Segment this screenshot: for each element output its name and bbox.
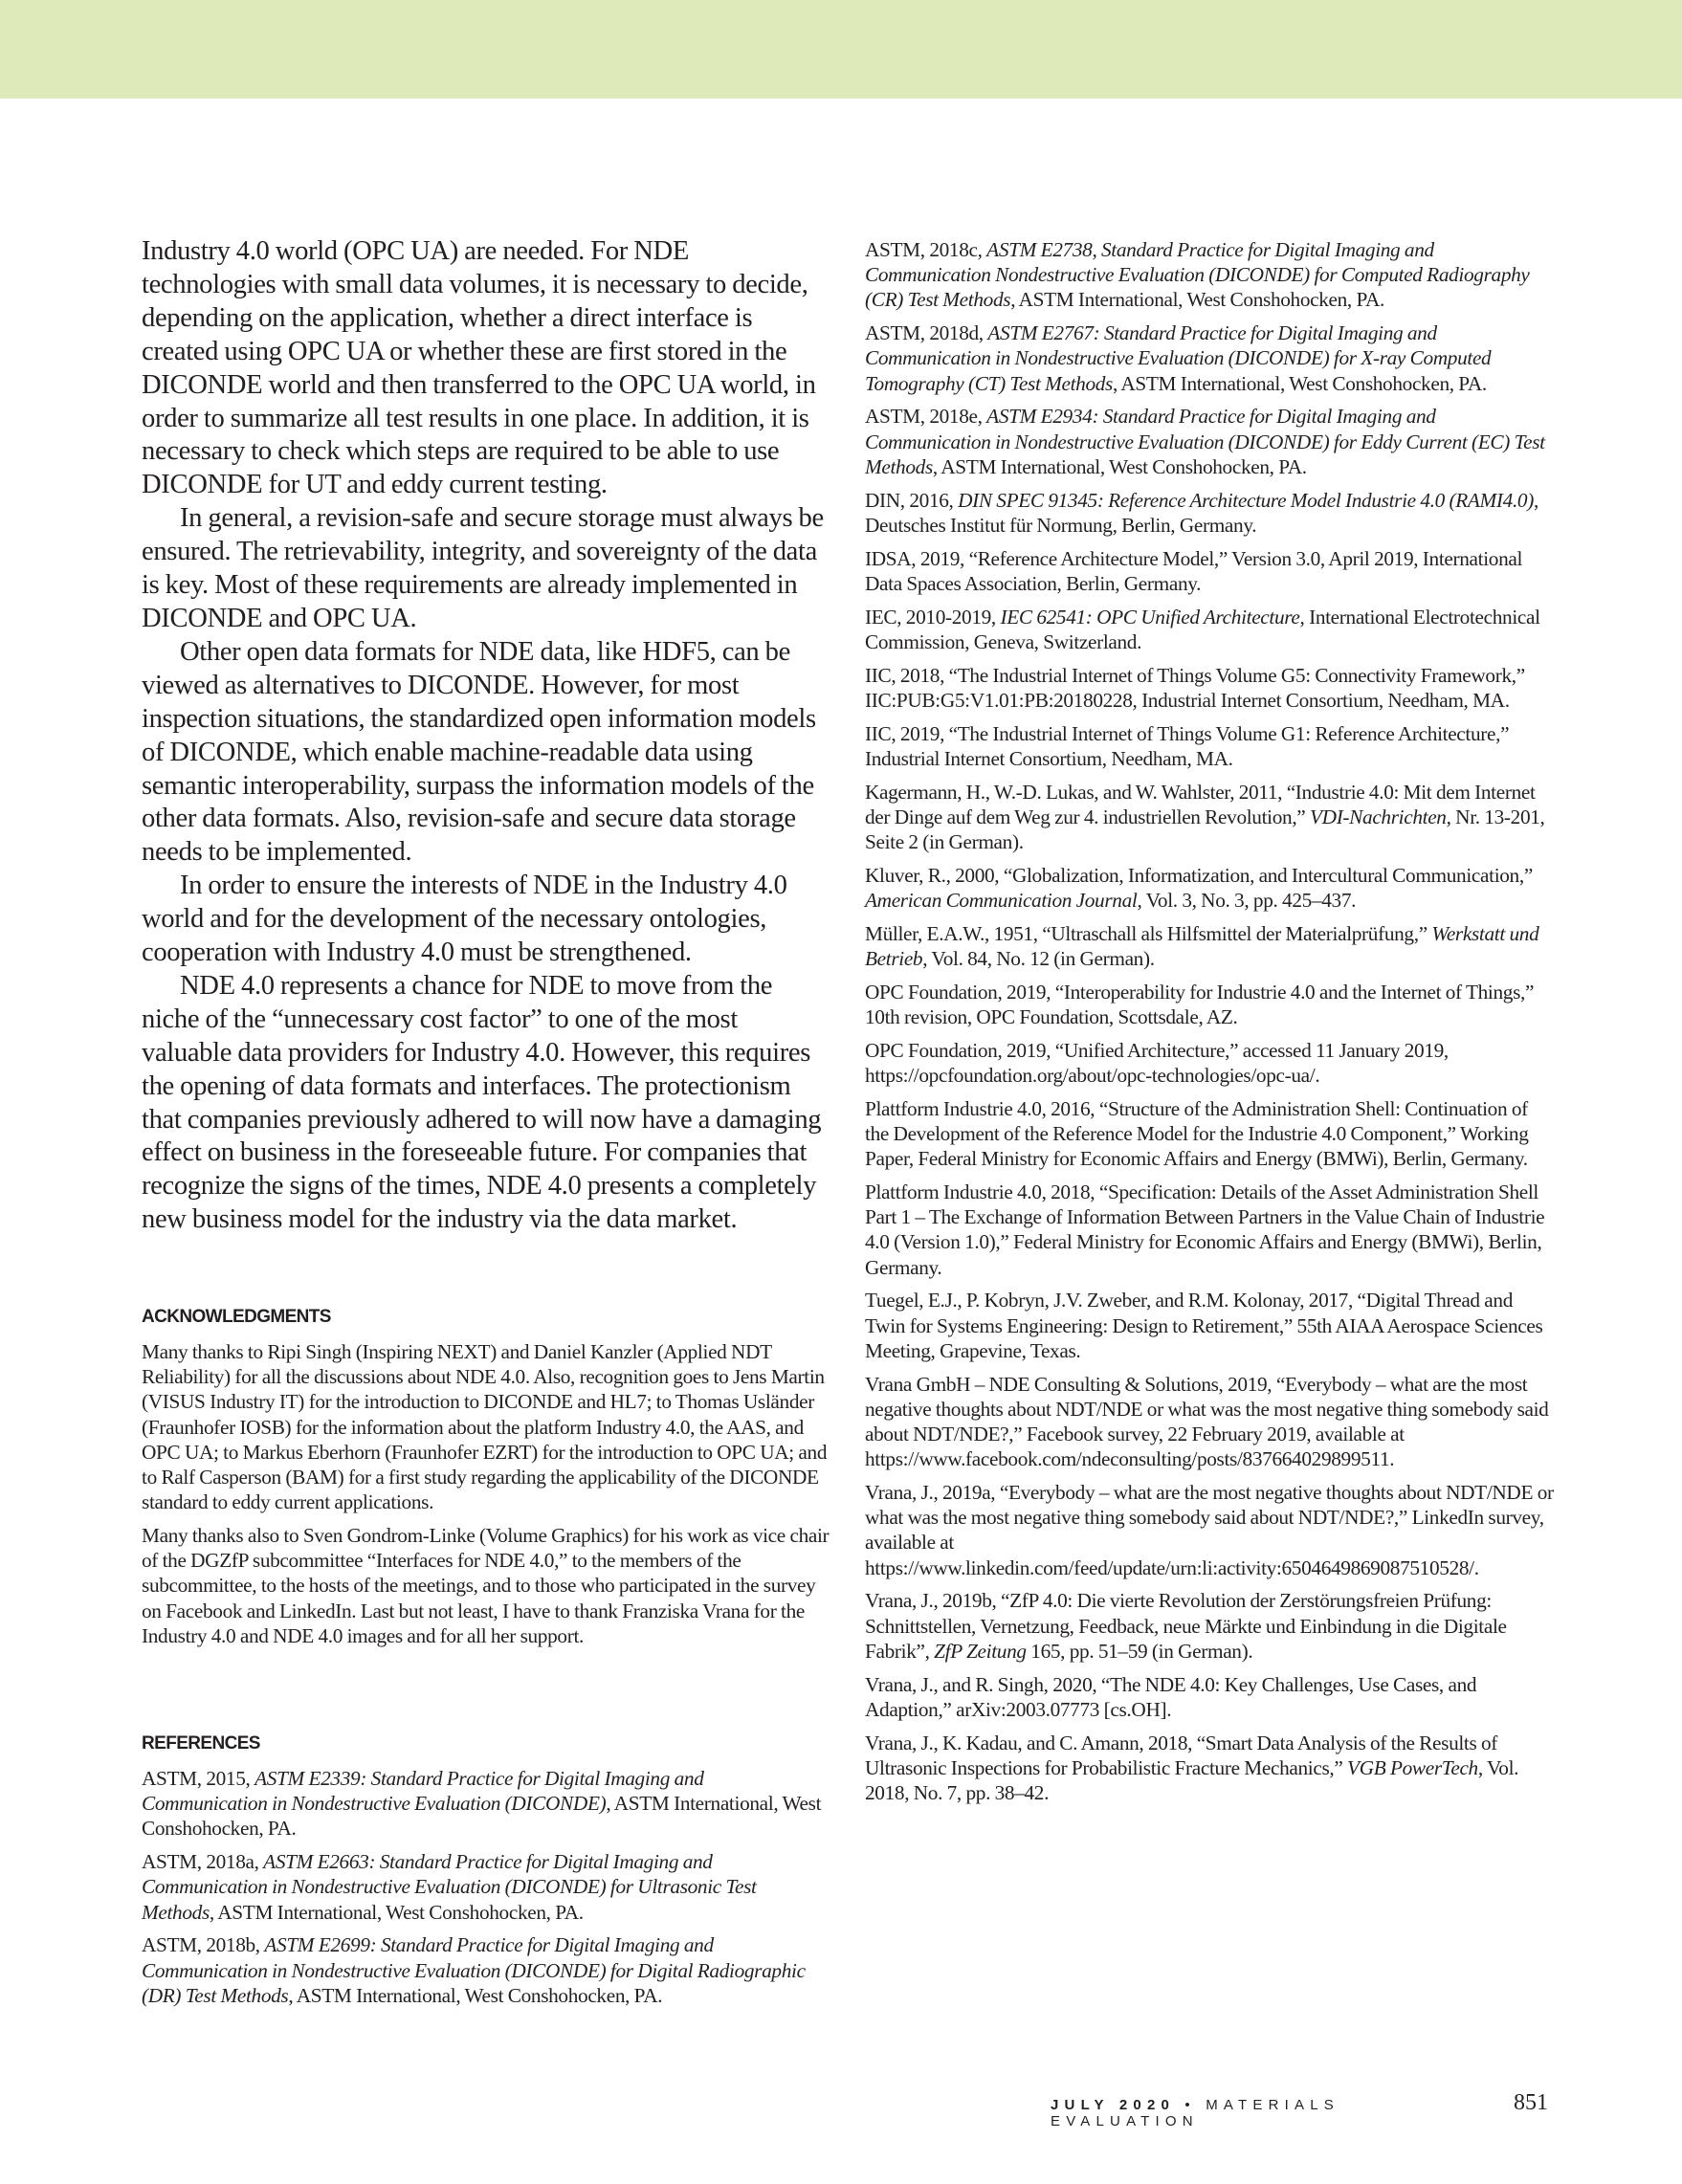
reference-entry: ASTM, 2018d, ASTM E2767: Standard Practi… xyxy=(865,320,1554,396)
reference-text: Tuegel, E.J., P. Kobryn, J.V. Zweber, an… xyxy=(865,1289,1542,1361)
reference-entry: Müller, E.A.W., 1951, “Ultraschall als H… xyxy=(865,921,1554,971)
footer-issue-date: JULY 2020 xyxy=(1051,2097,1175,2113)
reference-title: VDI-Nachrichten xyxy=(1310,805,1447,828)
page-footer: JULY 2020 • MATERIALS EVALUATION 851 xyxy=(1051,2090,1548,2129)
reference-entry: Vrana, J., 2019a, “Everybody – what are … xyxy=(865,1480,1554,1580)
reference-text: ASTM, 2015, xyxy=(142,1767,255,1790)
footer-separator: • xyxy=(1184,2097,1195,2113)
reference-entry: Vrana, J., 2019b, “ZfP 4.0: Die vierte R… xyxy=(865,1588,1554,1664)
page-number: 851 xyxy=(1514,2090,1548,2116)
body-paragraph: NDE 4.0 represents a chance for NDE to m… xyxy=(142,970,827,1237)
reference-title: American Communication Journal xyxy=(865,889,1137,912)
reference-text: Plattform Industrie 4.0, 2018, “Specific… xyxy=(865,1180,1544,1279)
body-paragraph: In general, a revision-safe and secure s… xyxy=(142,502,827,636)
reference-title: ZfP Zeitung xyxy=(934,1640,1027,1663)
reference-text: OPC Foundation, 2019, “Interoperability … xyxy=(865,981,1534,1028)
body-paragraph: Industry 4.0 world (OPC UA) are needed. … xyxy=(142,235,827,502)
reference-text: ASTM, 2018c, xyxy=(865,238,986,261)
reference-text: OPC Foundation, 2019, “Unified Architect… xyxy=(865,1039,1449,1087)
acknowledgments-heading: ACKNOWLEDGMENTS xyxy=(142,1307,331,1328)
reference-text: DIN, 2016, xyxy=(865,489,958,512)
reference-text: IDSA, 2019, “Reference Architecture Mode… xyxy=(865,547,1522,595)
reference-text: IEC, 2010-2019, xyxy=(865,606,1000,629)
reference-title: DIN SPEC 91345: Reference Architecture M… xyxy=(958,489,1534,512)
references-list-right: ASTM, 2018c, ASTM E2738, Standard Practi… xyxy=(865,237,1554,1814)
reference-text: ASTM, 2018e, xyxy=(865,405,986,428)
acknowledgment-paragraph: Many thanks to Ripi Singh (Inspiring NEX… xyxy=(142,1339,830,1514)
reference-text: Vrana, J., 2019a, “Everybody – what are … xyxy=(865,1481,1554,1579)
reference-entry: Vrana, J., K. Kadau, and C. Amann, 2018,… xyxy=(865,1731,1554,1806)
reference-entry: OPC Foundation, 2019, “Unified Architect… xyxy=(865,1038,1554,1088)
reference-text: , ASTM International, West Conshohocken,… xyxy=(1010,288,1384,311)
reference-text: ASTM, 2018a, xyxy=(142,1850,263,1873)
body-paragraph: Other open data formats for NDE data, li… xyxy=(142,636,827,870)
reference-entry: IIC, 2019, “The Industrial Internet of T… xyxy=(865,721,1554,771)
reference-text: Vrana, J., and R. Singh, 2020, “The NDE … xyxy=(865,1673,1476,1721)
reference-text: , ASTM International, West Conshohocken,… xyxy=(288,1984,662,2007)
reference-entry: IDSA, 2019, “Reference Architecture Mode… xyxy=(865,546,1554,596)
reference-text: Müller, E.A.W., 1951, “Ultraschall als H… xyxy=(865,922,1431,945)
acknowledgment-paragraph: Many thanks also to Sven Gondrom-Linke (… xyxy=(142,1523,830,1648)
reference-entry: Plattform Industrie 4.0, 2016, “Structur… xyxy=(865,1096,1554,1172)
footer-running-title: JULY 2020 • MATERIALS EVALUATION xyxy=(1051,2097,1475,2129)
reference-entry: Vrana, J., and R. Singh, 2020, “The NDE … xyxy=(865,1672,1554,1722)
reference-entry: Kluver, R., 2000, “Globalization, Inform… xyxy=(865,863,1554,913)
reference-title: VGB PowerTech xyxy=(1347,1756,1478,1779)
reference-text: Kluver, R., 2000, “Globalization, Inform… xyxy=(865,864,1533,887)
reference-entry: Kagermann, H., W.-D. Lukas, and W. Wahls… xyxy=(865,780,1554,855)
reference-text: , Vol. 3, No. 3, pp. 425–437. xyxy=(1137,889,1356,912)
reference-entry: Plattform Industrie 4.0, 2018, “Specific… xyxy=(865,1180,1554,1280)
reference-text: 165, pp. 51–59 (in German). xyxy=(1027,1640,1253,1663)
reference-text: ASTM, 2018d, xyxy=(865,321,987,344)
reference-text: IIC, 2019, “The Industrial Internet of T… xyxy=(865,722,1509,770)
references-heading: REFERENCES xyxy=(142,1733,260,1754)
acknowledgments-section: Many thanks to Ripi Singh (Inspiring NEX… xyxy=(142,1339,830,1656)
reference-text: Plattform Industrie 4.0, 2016, “Structur… xyxy=(865,1097,1529,1170)
reference-text: Vrana GmbH – NDE Consulting & Solutions,… xyxy=(865,1373,1548,1471)
reference-text: , ASTM International, West Conshohocken,… xyxy=(933,455,1307,478)
reference-entry: ASTM, 2018b, ASTM E2699: Standard Practi… xyxy=(142,1932,830,2008)
reference-entry: DIN, 2016, DIN SPEC 91345: Reference Arc… xyxy=(865,488,1554,538)
reference-entry: IIC, 2018, “The Industrial Internet of T… xyxy=(865,663,1554,713)
reference-text: , Vol. 84, No. 12 (in German). xyxy=(922,947,1154,970)
reference-entry: ASTM, 2018a, ASTM E2663: Standard Practi… xyxy=(142,1849,830,1925)
reference-text: IIC, 2018, “The Industrial Internet of T… xyxy=(865,664,1525,712)
reference-entry: IEC, 2010-2019, IEC 62541: OPC Unified A… xyxy=(865,605,1554,654)
references-list-left: ASTM, 2015, ASTM E2339: Standard Practic… xyxy=(142,1766,830,2017)
reference-entry: ASTM, 2018e, ASTM E2934: Standard Practi… xyxy=(865,404,1554,479)
body-text-column: Industry 4.0 world (OPC UA) are needed. … xyxy=(142,235,827,1237)
reference-text: , ASTM International, West Conshohocken,… xyxy=(210,1901,584,1924)
reference-entry: OPC Foundation, 2019, “Interoperability … xyxy=(865,980,1554,1029)
reference-text: , ASTM International, West Conshohocken,… xyxy=(1113,372,1487,395)
reference-text: ASTM, 2018b, xyxy=(142,1933,264,1956)
reference-title: IEC 62541: OPC Unified Architecture xyxy=(1000,606,1299,629)
reference-entry: Tuegel, E.J., P. Kobryn, J.V. Zweber, an… xyxy=(865,1288,1554,1363)
header-color-band xyxy=(0,0,1682,99)
reference-entry: ASTM, 2015, ASTM E2339: Standard Practic… xyxy=(142,1766,830,1842)
reference-entry: ASTM, 2018c, ASTM E2738, Standard Practi… xyxy=(865,237,1554,313)
body-paragraph: In order to ensure the interests of NDE … xyxy=(142,870,827,970)
reference-entry: Vrana GmbH – NDE Consulting & Solutions,… xyxy=(865,1372,1554,1472)
